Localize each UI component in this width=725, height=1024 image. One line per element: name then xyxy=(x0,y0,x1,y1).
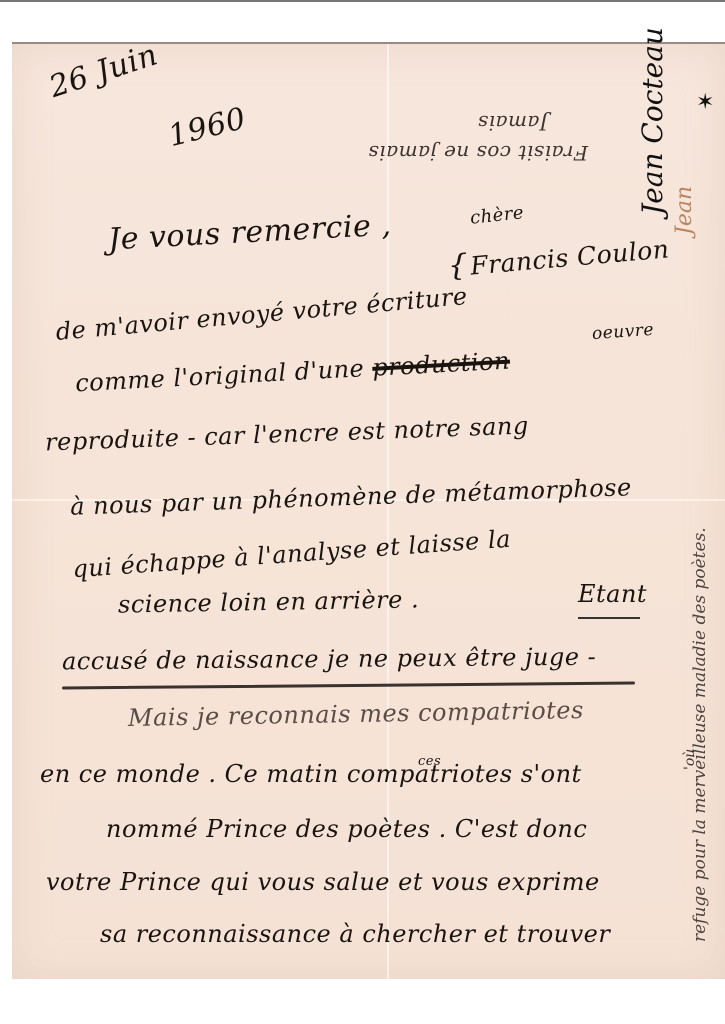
margin-fragment: 'où xyxy=(682,749,698,770)
scan-top-edge xyxy=(0,0,725,2)
signature: Jean Cocteau xyxy=(636,27,669,215)
upside-down-line-2: Jamais xyxy=(368,108,588,138)
body-line-10: nommé Prince des poètes . C'est donc xyxy=(106,815,587,843)
upside-down-note: Fraisit cos ne jamais Jamais xyxy=(368,108,588,168)
body-line-7: accusé de naissance je ne peux être juge… xyxy=(62,643,596,676)
body-line-6: science loin en arrière . xyxy=(118,585,420,618)
body-line-12: sa reconnaissance à chercher et trouver xyxy=(100,920,610,948)
body-line-9: en ce monde . Ce matin compatriotes s'on… xyxy=(40,760,582,788)
star-icon: ✶ xyxy=(696,90,714,115)
upside-down-line-1: Fraisit cos ne jamais xyxy=(368,138,588,168)
word-etant: Etant xyxy=(578,580,647,608)
signature-brown: Jean xyxy=(672,186,697,235)
underline-etant xyxy=(578,617,640,619)
insertion-ces: ces xyxy=(418,754,441,769)
body-line-11: votre Prince qui vous salue et vous expr… xyxy=(46,868,600,896)
brace-mark: { xyxy=(448,248,468,283)
margin-note: refuge pour la merveilleuse maladie des … xyxy=(690,527,710,942)
